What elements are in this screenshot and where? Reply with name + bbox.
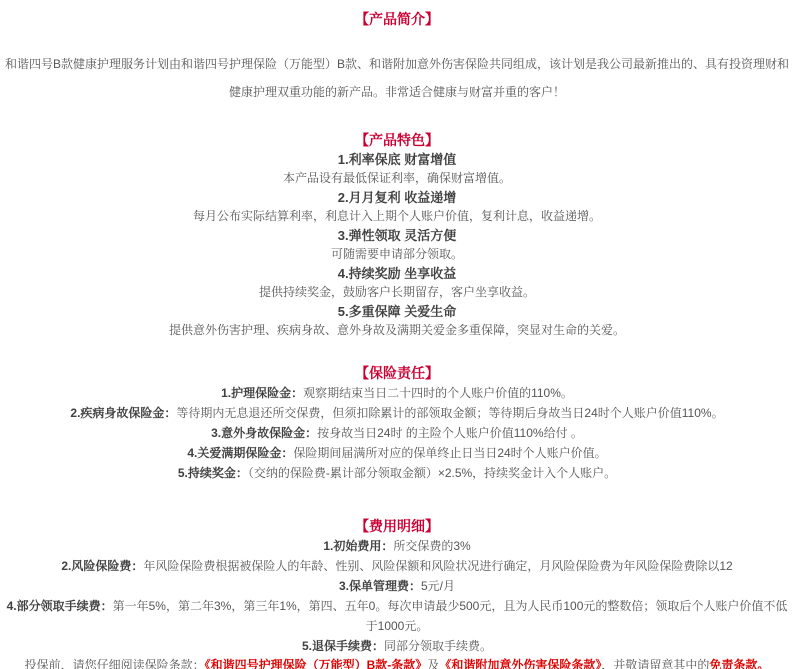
text-line: 本产品设有最低保证利率，确保财富增值。	[0, 169, 794, 188]
item-label: 1.初始费用：	[323, 539, 393, 553]
text-segment: 5元/月	[421, 579, 455, 593]
item-label: 3.保单管理费：	[339, 579, 421, 593]
section-product-features: 【产品特色】1.利率保底 财富增值本产品设有最低保证利率，确保财富增值。2.月月…	[0, 131, 794, 340]
text-line: 4.关爱满期保险金：保险期间届满所对应的保单终止日当日24时个人账户价值。	[0, 443, 794, 463]
item-label: 3.意外身故保险金：	[211, 426, 317, 440]
text-line: 1.初始费用：所交保费的3%	[0, 536, 794, 556]
text-line: 3.意外身故保险金：按身故当日24时 的主险个人账户价值110%给付 。	[0, 423, 794, 443]
text-line: 提供意外伤害护理、疾病身故、意外身故及满期关爱金多重保障，突显对生命的关爱。	[0, 321, 794, 340]
main-clause-link[interactable]: 《和谐四号护理保险（万能型）B款-条款》	[205, 658, 428, 669]
item-label: 2.疾病身故保险金：	[70, 406, 176, 420]
text-line: 4.持续奖励 坐享收益	[0, 264, 794, 283]
text-segment: 等待期内无息退还所交保费，但须扣除累计的部领取金额；等待期后身故当日24时个人账…	[176, 406, 723, 420]
insurance-liability-heading: 【保险责任】	[0, 364, 794, 383]
text-line: 提供持续奖金，鼓励客户长期留存，客户坐享收益。	[0, 283, 794, 302]
text-segment: 本产品设有最低保证利率，确保财富增值。	[283, 171, 511, 185]
text-line: 5.退保手续费：同部分领取手续费。	[0, 636, 794, 656]
footer-notice: 投保前，请您仔细阅读保险条款：《和谐四号护理保险（万能型）B款-条款》及《和谐附…	[0, 658, 794, 669]
item-label: 2.月月复利 收益递增	[338, 190, 456, 205]
text-line: 3.保单管理费：5元/月	[0, 576, 794, 596]
item-label: 2.风险保险费：	[61, 559, 143, 573]
product-intro-heading: 【产品简介】	[0, 10, 794, 29]
item-label: 5.多重保障 关爱生命	[338, 304, 456, 319]
text-line: 4.部分领取手续费：第一年5%，第二年3%，第三年1%，第四、五年0。每次申请最…	[0, 596, 794, 636]
text-segment: 年风险保险费根据被保险人的年龄、性别、风险保额和风险状况进行确定，月风险保险费为…	[143, 559, 732, 573]
text-line: 5.多重保障 关爱生命	[0, 302, 794, 321]
text-line: 2.月月复利 收益递增	[0, 188, 794, 207]
text-segment: 可随需要申请部分领取。	[331, 247, 463, 261]
product-detail-document: 【产品简介】和谐四号B款健康护理服务计划由和谐四号护理保险（万能型）B款、和谐附…	[0, 0, 794, 669]
item-label: 4.部分领取手续费：	[7, 599, 113, 613]
text-line: 3.弹性领取 灵活方便	[0, 226, 794, 245]
item-label: 4.持续奖励 坐享收益	[338, 266, 456, 281]
section-fee-details: 【费用明细】1.初始费用：所交保费的3%2.风险保险费：年风险保险费根据被保险人…	[0, 517, 794, 656]
product-features-heading: 【产品特色】	[0, 131, 794, 150]
item-label: 3.弹性领取 灵活方便	[338, 228, 456, 243]
text-segment: （交纳的保险费-累计部分领取金额）×2.5%，持续奖金计入个人账户。	[248, 466, 616, 480]
section-insurance-liability: 【保险责任】1.护理保险金：观察期结束当日二十四时的个人账户价值的110%。2.…	[0, 364, 794, 483]
text-segment: 观察期结束当日二十四时的个人账户价值的110%。	[303, 386, 573, 400]
rider-clause-link[interactable]: 《和谐附加意外伤害保险条款》	[439, 658, 601, 669]
text-line: 2.风险保险费：年风险保险费根据被保险人的年龄、性别、风险保额和风险状况进行确定…	[0, 556, 794, 576]
text-line: 1.护理保险金：观察期结束当日二十四时的个人账户价值的110%。	[0, 383, 794, 403]
item-label: 4.关爱满期保险金：	[187, 446, 293, 460]
text-segment: 所交保费的3%	[393, 539, 470, 553]
text-segment: 按身故当日24时 的主险个人账户价值110%给付 。	[317, 426, 583, 440]
text-segment: 及	[427, 658, 439, 669]
sections-container: 【产品简介】和谐四号B款健康护理服务计划由和谐四号护理保险（万能型）B款、和谐附…	[0, 0, 794, 656]
item-label: 5.退保手续费：	[302, 639, 384, 653]
text-segment: ，并敬请留意其中的	[601, 658, 709, 669]
text-segment: 保险期间届满所对应的保单终止日当日24时个人账户价值。	[293, 446, 606, 460]
text-segment: 每月公布实际结算利率，利息计入上期个人账户价值，复利计息，收益递增。	[193, 209, 601, 223]
text-line: 5.持续奖金：（交纳的保险费-累计部分领取金额）×2.5%，持续奖金计入个人账户…	[0, 463, 794, 483]
text-segment: 和谐四号B款健康护理服务计划由和谐四号护理保险（万能型）B款、和谐附加意外伤害保…	[5, 57, 789, 99]
exemption-clause-emphasis: 免责条款。	[709, 658, 769, 669]
text-line: 每月公布实际结算利率，利息计入上期个人账户价值，复利计息，收益递增。	[0, 207, 794, 226]
fee-details-heading: 【费用明细】	[0, 517, 794, 536]
text-line: 可随需要申请部分领取。	[0, 245, 794, 264]
text-segment: 第一年5%，第二年3%，第三年1%，第四、五年0。每次申请最少500元，且为人民…	[113, 599, 788, 633]
text-segment: 同部分领取手续费。	[384, 639, 492, 653]
item-label: 1.利率保底 财富增值	[338, 152, 456, 167]
text-segment: 提供意外伤害护理、疾病身故、意外身故及满期关爱金多重保障，突显对生命的关爱。	[169, 323, 625, 337]
section-product-intro: 【产品简介】和谐四号B款健康护理服务计划由和谐四号护理保险（万能型）B款、和谐附…	[0, 0, 794, 106]
item-label: 5.持续奖金：	[178, 466, 248, 480]
text-segment: 提供持续奖金，鼓励客户长期留存，客户坐享收益。	[259, 285, 535, 299]
item-label: 1.护理保险金：	[221, 386, 303, 400]
text-line: 2.疾病身故保险金：等待期内无息退还所交保费，但须扣除累计的部领取金额；等待期后…	[0, 403, 794, 423]
text-line: 1.利率保底 财富增值	[0, 150, 794, 169]
text-segment: 投保前，请您仔细阅读保险条款：	[25, 658, 205, 669]
text-line: 和谐四号B款健康护理服务计划由和谐四号护理保险（万能型）B款、和谐附加意外伤害保…	[0, 50, 794, 106]
